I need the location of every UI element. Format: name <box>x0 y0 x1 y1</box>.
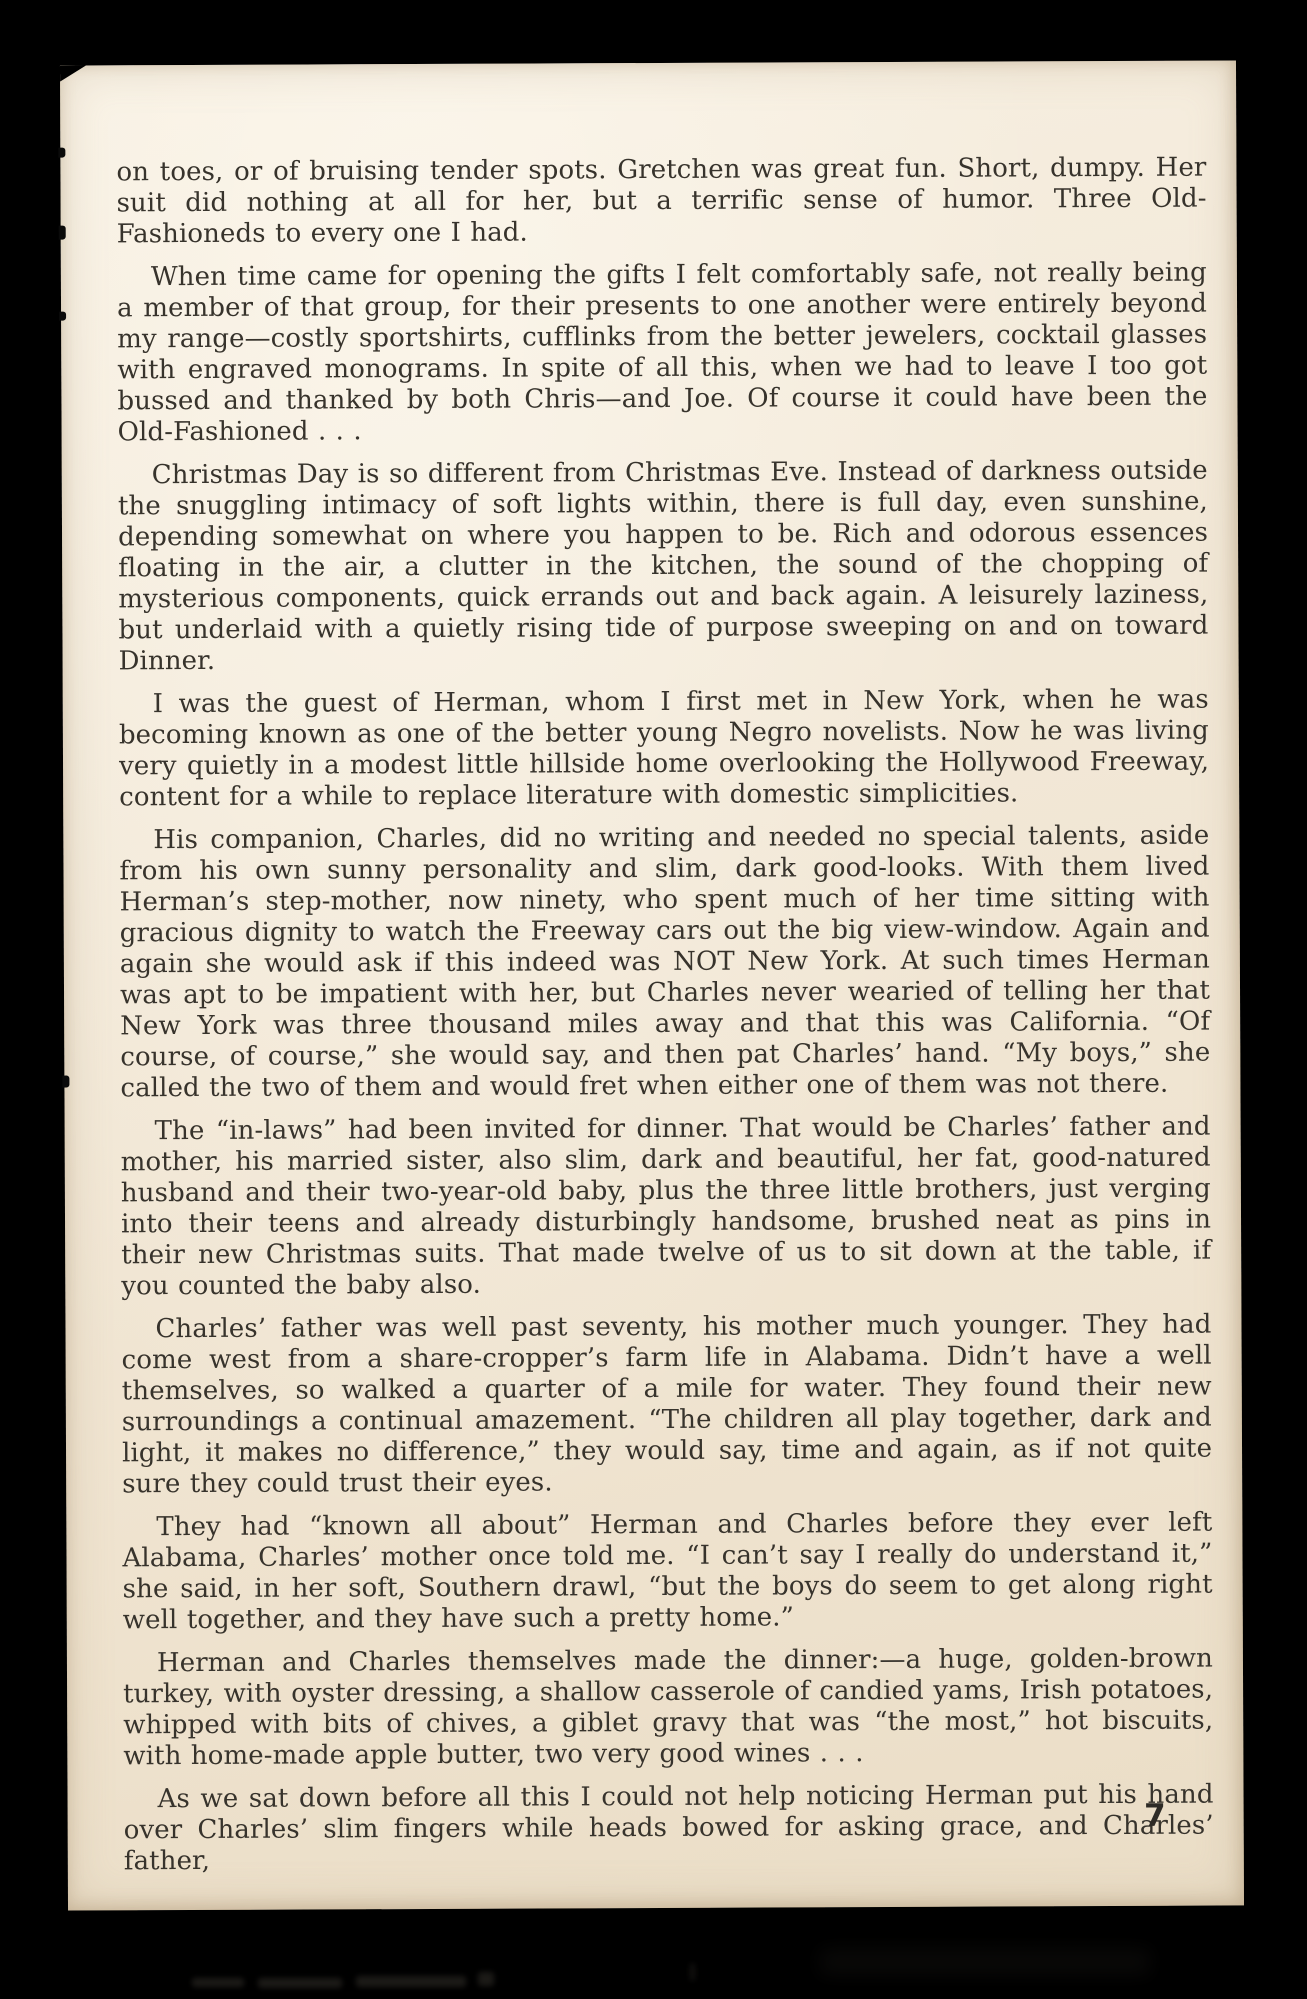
body-text: on toes, or of bruising tender spots. Gr… <box>116 153 1214 1890</box>
paragraph: Charles’ father was well past seventy, h… <box>121 1310 1212 1501</box>
scan-shadow-artifact <box>478 1972 494 1986</box>
page-corner-cut <box>60 65 86 81</box>
scan-shadow-artifact <box>258 1978 342 1988</box>
page-number: 7 <box>1144 1798 1166 1834</box>
paragraph: As we sat down before all this I could n… <box>123 1780 1213 1878</box>
scanned-book-page: on toes, or of bruising tender spots. Gr… <box>60 60 1244 1910</box>
page-edge-nick <box>59 226 66 240</box>
scan-shadow-artifact <box>820 1949 1150 1975</box>
page-edge-nick <box>62 1076 69 1088</box>
paragraph: Christmas Day is so different from Chris… <box>118 456 1209 678</box>
paragraph: Herman and Charles themselves made the d… <box>123 1644 1214 1773</box>
paragraph: The “in-laws” had been invited for dinne… <box>121 1112 1212 1303</box>
page-edge-nick <box>59 312 66 321</box>
scan-background: on toes, or of bruising tender spots. Gr… <box>0 0 1307 1999</box>
page-edge-nick <box>58 148 65 158</box>
paragraph: They had “known all about” Herman and Ch… <box>122 1508 1213 1637</box>
scan-shadow-artifact <box>356 1976 466 1987</box>
paragraph: on toes, or of bruising tender spots. Gr… <box>116 153 1206 251</box>
paragraph: When time came for opening the gifts I f… <box>117 258 1208 449</box>
paragraph: His companion, Charles, did no writing a… <box>119 821 1210 1105</box>
scan-shadow-artifact <box>192 1978 244 1987</box>
paragraph: I was the guest of Herman, whom I first … <box>119 685 1210 814</box>
scan-shadow-artifact <box>690 1963 695 1981</box>
scan-shadow-artifacts <box>0 1939 1307 1999</box>
